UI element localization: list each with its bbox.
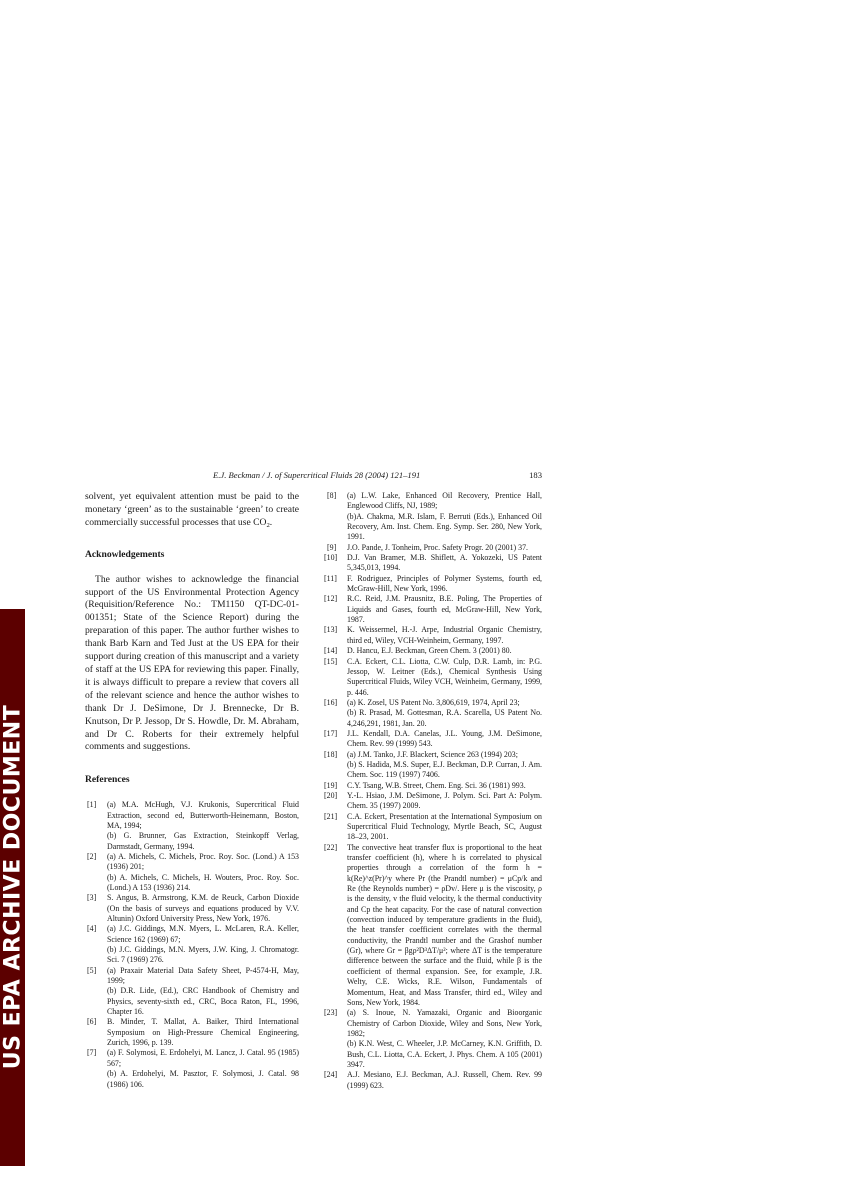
reference-item: [18](a) J.M. Tanko, J.F. Blackert, Scien… xyxy=(327,750,542,781)
reference-number: [19] xyxy=(324,781,337,791)
reference-text: C.Y. Tsang, W.B. Street, Chem. Eng. Sci.… xyxy=(347,781,542,791)
reference-text: (a) K. Zosel, US Patent No. 3,806,619, 1… xyxy=(347,698,542,708)
reference-item: [23](a) S. Inoue, N. Yamazaki, Organic a… xyxy=(327,1008,542,1070)
reference-text: (b) G. Brunner, Gas Extraction, Steinkop… xyxy=(107,831,299,852)
reference-text: (a) J.M. Tanko, J.F. Blackert, Science 2… xyxy=(347,750,542,760)
reference-item: [17]J.L. Kendall, D.A. Canelas, J.L. You… xyxy=(327,729,542,750)
reference-text: B. Minder, T. Mallat, A. Baiker, Third I… xyxy=(107,1017,299,1048)
reference-item: [11]F. Rodriguez, Principles of Polymer … xyxy=(327,574,542,595)
reference-number: [23] xyxy=(324,1008,337,1018)
reference-text: (b) S. Hadida, M.S. Super, E.J. Beckman,… xyxy=(347,760,542,781)
reference-number: [12] xyxy=(324,594,337,604)
reference-item: [3]S. Angus, B. Armstrong, K.M. de Reuck… xyxy=(85,893,299,924)
reference-number: [18] xyxy=(324,750,337,760)
reference-item: [6]B. Minder, T. Mallat, A. Baiker, Thir… xyxy=(85,1017,299,1048)
reference-text: The convective heat transfer flux is pro… xyxy=(347,843,542,1009)
reference-text: (b)A. Chakma, M.R. Islam, F. Berruti (Ed… xyxy=(347,512,542,543)
reference-text: R.C. Reid, J.M. Prausnitz, B.E. Poling, … xyxy=(347,594,542,625)
reference-text: C.A. Eckert, Presentation at the Interna… xyxy=(347,812,542,843)
reference-item: [21]C.A. Eckert, Presentation at the Int… xyxy=(327,812,542,843)
reference-text: (a) L.W. Lake, Enhanced Oil Recovery, Pr… xyxy=(347,491,542,512)
reference-number: [20] xyxy=(324,791,337,801)
reference-text: Y.-L. Hsiao, J.M. DeSimone, J. Polym. Sc… xyxy=(347,791,542,812)
reference-item: [16](a) K. Zosel, US Patent No. 3,806,61… xyxy=(327,698,542,729)
reference-number: [24] xyxy=(324,1070,337,1080)
reference-item: [13]K. Weissermel, H.-J. Arpe, Industria… xyxy=(327,625,542,646)
reference-number: [7] xyxy=(87,1048,96,1058)
reference-number: [3] xyxy=(87,893,96,903)
reference-item: [9]J.O. Pande, J. Tonheim, Proc. Safety … xyxy=(327,543,542,553)
reference-number: [22] xyxy=(324,843,337,853)
reference-text: (a) M.A. McHugh, V.J. Krukonis, Supercri… xyxy=(107,800,299,831)
reference-text: (a) S. Inoue, N. Yamazaki, Organic and B… xyxy=(347,1008,542,1039)
page-number: 183 xyxy=(529,470,542,480)
reference-text: (b) R. Prasad, M. Gottesman, R.A. Scarel… xyxy=(347,708,542,729)
reference-number: [1] xyxy=(87,800,96,810)
intro-paragraph: solvent, yet equivalent attention must b… xyxy=(85,491,299,530)
left-column: solvent, yet equivalent attention must b… xyxy=(85,491,299,1090)
reference-item: [10]D.J. Van Bramer, M.B. Shiflett, A. Y… xyxy=(327,553,542,574)
reference-item: [20]Y.-L. Hsiao, J.M. DeSimone, J. Polym… xyxy=(327,791,542,812)
archive-banner-text: US EPA ARCHIVE DOCUMENT xyxy=(0,705,25,1069)
reference-text: (b) D.R. Lide, (Ed.), CRC Handbook of Ch… xyxy=(107,986,299,1017)
reference-item: [12]R.C. Reid, J.M. Prausnitz, B.E. Poli… xyxy=(327,594,542,625)
reference-text: (b) K.N. West, C. Wheeler, J.P. McCarney… xyxy=(347,1039,542,1070)
reference-number: [2] xyxy=(87,852,96,862)
intro-text-end: . xyxy=(270,517,272,528)
reference-text: (b) A. Michels, C. Michels, H. Wouters, … xyxy=(107,873,299,894)
reference-text: (b) J.C. Giddings, M.N. Myers, J.W. King… xyxy=(107,945,299,966)
reference-item: [2](a) A. Michels, C. Michels, Proc. Roy… xyxy=(85,852,299,893)
reference-item: [19]C.Y. Tsang, W.B. Street, Chem. Eng. … xyxy=(327,781,542,791)
reference-number: [11] xyxy=(324,574,337,584)
reference-number: [21] xyxy=(324,812,337,822)
reference-item: [1](a) M.A. McHugh, V.J. Krukonis, Super… xyxy=(85,800,299,852)
reference-number: [13] xyxy=(324,625,337,635)
journal-citation: E.J. Beckman / J. of Supercritical Fluid… xyxy=(213,470,420,480)
reference-text: J.L. Kendall, D.A. Canelas, J.L. Young, … xyxy=(347,729,542,750)
reference-number: [17] xyxy=(324,729,337,739)
reference-number: [16] xyxy=(324,698,337,708)
archive-banner: US EPA ARCHIVE DOCUMENT xyxy=(0,609,25,1166)
reference-number: [5] xyxy=(87,966,96,976)
reference-item: [22]The convective heat transfer flux is… xyxy=(327,843,542,1009)
reference-text: (b) A. Erdohelyi, M. Pasztor, F. Solymos… xyxy=(107,1069,299,1090)
reference-text: A.J. Mesiano, E.J. Beckman, A.J. Russell… xyxy=(347,1070,542,1091)
reference-item: [24]A.J. Mesiano, E.J. Beckman, A.J. Rus… xyxy=(327,1070,542,1091)
acknowledgements-body: The author wishes to acknowledge the fin… xyxy=(85,574,299,755)
reference-list-left: [1](a) M.A. McHugh, V.J. Krukonis, Super… xyxy=(85,800,299,1090)
reference-item: [14]D. Hancu, E.J. Beckman, Green Chem. … xyxy=(327,646,542,656)
reference-item: [5](a) Praxair Material Data Safety Shee… xyxy=(85,966,299,1018)
reference-text: D.J. Van Bramer, M.B. Shiflett, A. Yokoz… xyxy=(347,553,542,574)
reference-item: [15]C.A. Eckert, C.L. Liotta, C.W. Culp,… xyxy=(327,657,542,698)
reference-number: [8] xyxy=(327,491,336,501)
reference-text: D. Hancu, E.J. Beckman, Green Chem. 3 (2… xyxy=(347,646,542,656)
reference-number: [14] xyxy=(324,646,337,656)
reference-number: [15] xyxy=(324,657,337,667)
reference-text: (a) Praxair Material Data Safety Sheet, … xyxy=(107,966,299,987)
reference-text: (a) F. Solymosi, E. Erdohelyi, M. Lancz,… xyxy=(107,1048,299,1069)
reference-list-right: [8](a) L.W. Lake, Enhanced Oil Recovery,… xyxy=(327,491,542,1091)
reference-text: S. Angus, B. Armstrong, K.M. de Reuck, C… xyxy=(107,893,299,924)
reference-number: [10] xyxy=(324,553,337,563)
right-column: [8](a) L.W. Lake, Enhanced Oil Recovery,… xyxy=(327,491,542,1091)
references-heading: References xyxy=(85,774,299,787)
reference-text: K. Weissermel, H.-J. Arpe, Industrial Or… xyxy=(347,625,542,646)
reference-number: [6] xyxy=(87,1017,96,1027)
running-head: E.J. Beckman / J. of Supercritical Fluid… xyxy=(85,470,542,484)
reference-text: C.A. Eckert, C.L. Liotta, C.W. Culp, D.R… xyxy=(347,657,542,698)
reference-text: F. Rodriguez, Principles of Polymer Syst… xyxy=(347,574,542,595)
reference-number: [4] xyxy=(87,924,96,934)
acknowledgements-heading: Acknowledgements xyxy=(85,549,299,562)
reference-item: [4](a) J.C. Giddings, M.N. Myers, L. McL… xyxy=(85,924,299,965)
reference-text: J.O. Pande, J. Tonheim, Proc. Safety Pro… xyxy=(347,543,542,553)
reference-number: [9] xyxy=(327,543,336,553)
reference-item: [7](a) F. Solymosi, E. Erdohelyi, M. Lan… xyxy=(85,1048,299,1089)
reference-text: (a) J.C. Giddings, M.N. Myers, L. McLare… xyxy=(107,924,299,945)
reference-item: [8](a) L.W. Lake, Enhanced Oil Recovery,… xyxy=(327,491,542,543)
reference-text: (a) A. Michels, C. Michels, Proc. Roy. S… xyxy=(107,852,299,873)
